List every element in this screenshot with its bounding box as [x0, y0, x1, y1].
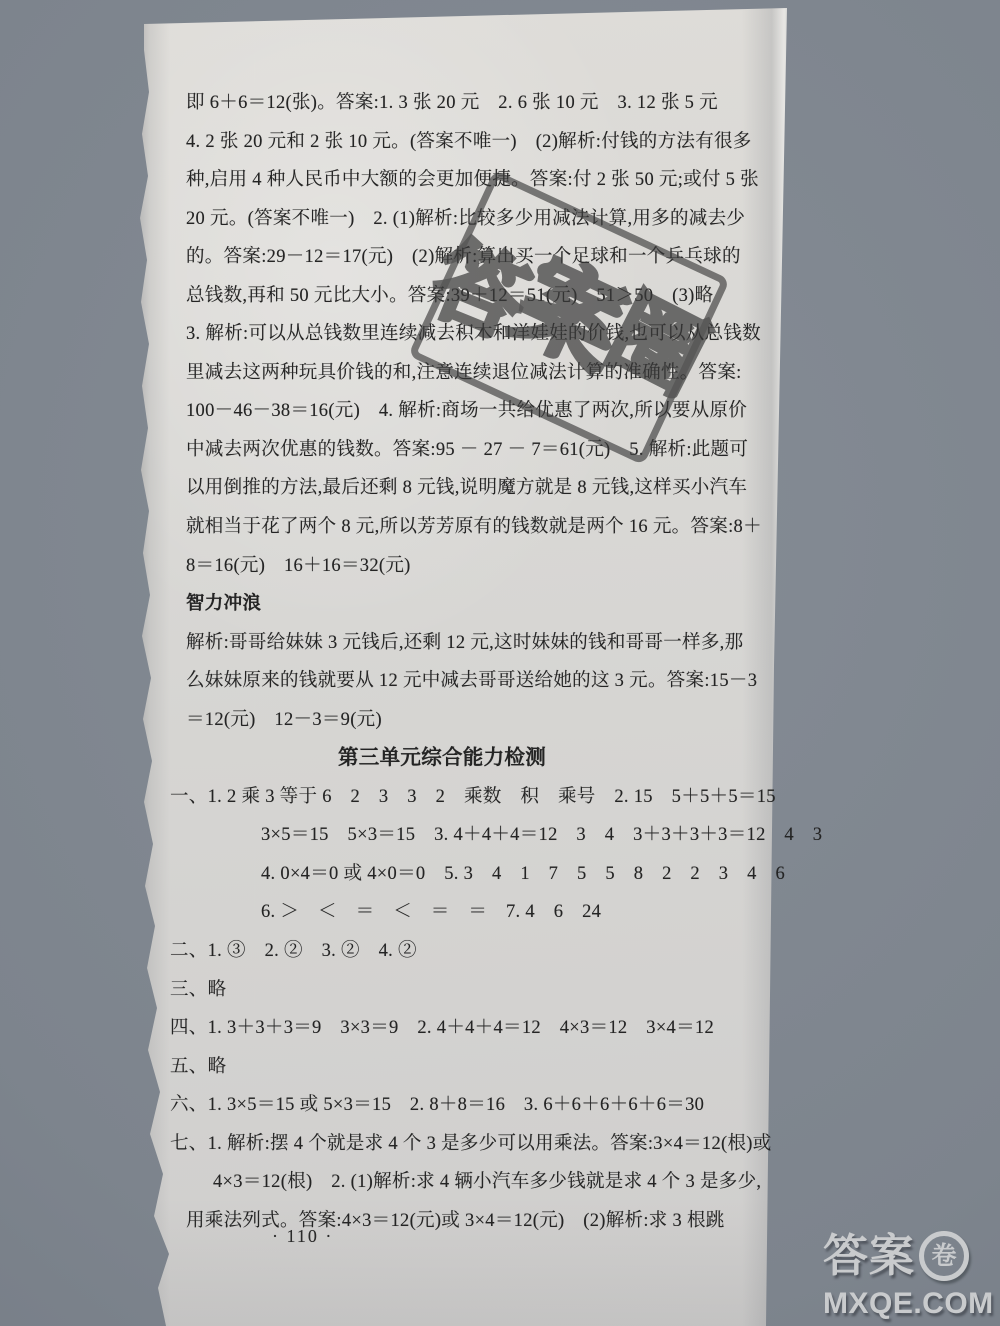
brand-circle-char: 卷 [932, 1244, 957, 1269]
text-line: 4. 0×4＝0 或 4×0＝0 5. 3 4 1 7 5 5 8 2 2 3 … [261, 855, 746, 894]
text-line: 六、1. 3×5＝15 或 5×3＝15 2. 8＋8＝16 3. 6＋6＋6＋… [170, 1086, 746, 1125]
text-line: 即 6＋6＝12(张)。答案:1. 3 张 20 元 2. 6 张 10 元 3… [186, 84, 746, 123]
brand-logo: 答案 卷 MXQE.COM [823, 1231, 1000, 1321]
text-line: 用乘法列式。答案:4×3＝12(元)或 3×4＝12(元) (2)解析:求 3 … [186, 1202, 746, 1241]
brand-wordmark: 答案 [823, 1232, 915, 1280]
text-line: 就相当于花了两个 8 元,所以芳芳原有的钱数就是两个 16 元。答案:8＋ [186, 508, 746, 547]
text-line: 么妹妹原来的钱就要从 12 元中减去哥哥送给她的这 3 元。答案:15－3 [186, 662, 746, 701]
page-number: · 110 · [272, 1226, 333, 1247]
text-line: 4. 2 张 20 元和 2 张 10 元。(答案不唯一) (2)解析:付钱的方… [186, 123, 746, 162]
text-line: 二、1. ③ 2. ② 3. ② 4. ② [170, 932, 746, 971]
text-line: 以用倒推的方法,最后还剩 8 元钱,说明魔方就是 8 元钱,这样买小汽车 [186, 469, 746, 508]
text-line: 6. ＞ ＜ ＝ ＜ ＝ ＝ 7. 4 6 24 [261, 893, 746, 932]
text-line: 智力冲浪 [186, 585, 746, 624]
text-line: 3×5＝15 5×3＝15 3. 4＋4＋4＝12 3 4 3＋3＋3＋3＝12… [261, 816, 746, 855]
text-line: 一、1. 2 乘 3 等于 6 2 3 3 2 乘数 积 乘号 2. 15 5＋… [170, 778, 746, 817]
brand-domain: MXQE.COM [823, 1287, 1000, 1321]
text-line: 8＝16(元) 16＋16＝32(元) [186, 547, 746, 586]
text-line: 解析:哥哥给妹妹 3 元钱后,还剩 12 元,这时妹妹的钱和哥哥一样多,那 [186, 624, 746, 663]
brand-circle-icon: 卷 [919, 1231, 969, 1281]
text-line: 五、略 [170, 1048, 746, 1087]
text-line: 七、1. 解析:摆 4 个就是求 4 个 3 是多少可以用乘法。答案:3×4＝1… [170, 1125, 746, 1164]
text-line: 4×3＝12(根) 2. (1)解析:求 4 辆小汽车多少钱就是求 4 个 3 … [213, 1163, 746, 1202]
text-line: 中减去两次优惠的钱数。答案:95 － 27 － 7＝61(元) 5. 解析:此题… [186, 431, 746, 470]
brand-row: 答案 卷 [823, 1231, 1000, 1281]
text-line: 三、略 [170, 971, 746, 1010]
text-line: ＝12(元) 12－3＝9(元) [186, 701, 746, 740]
text-line: 种,启用 4 种人民币中大额的会更加便捷。答案:付 2 张 50 元;或付 5 … [186, 161, 746, 200]
text-line: 四、1. 3＋3＋3＝9 3×3＝9 2. 4＋4＋4＝12 4×3＝12 3×… [170, 1009, 746, 1048]
text-line: 第三单元综合能力检测 [162, 739, 722, 778]
